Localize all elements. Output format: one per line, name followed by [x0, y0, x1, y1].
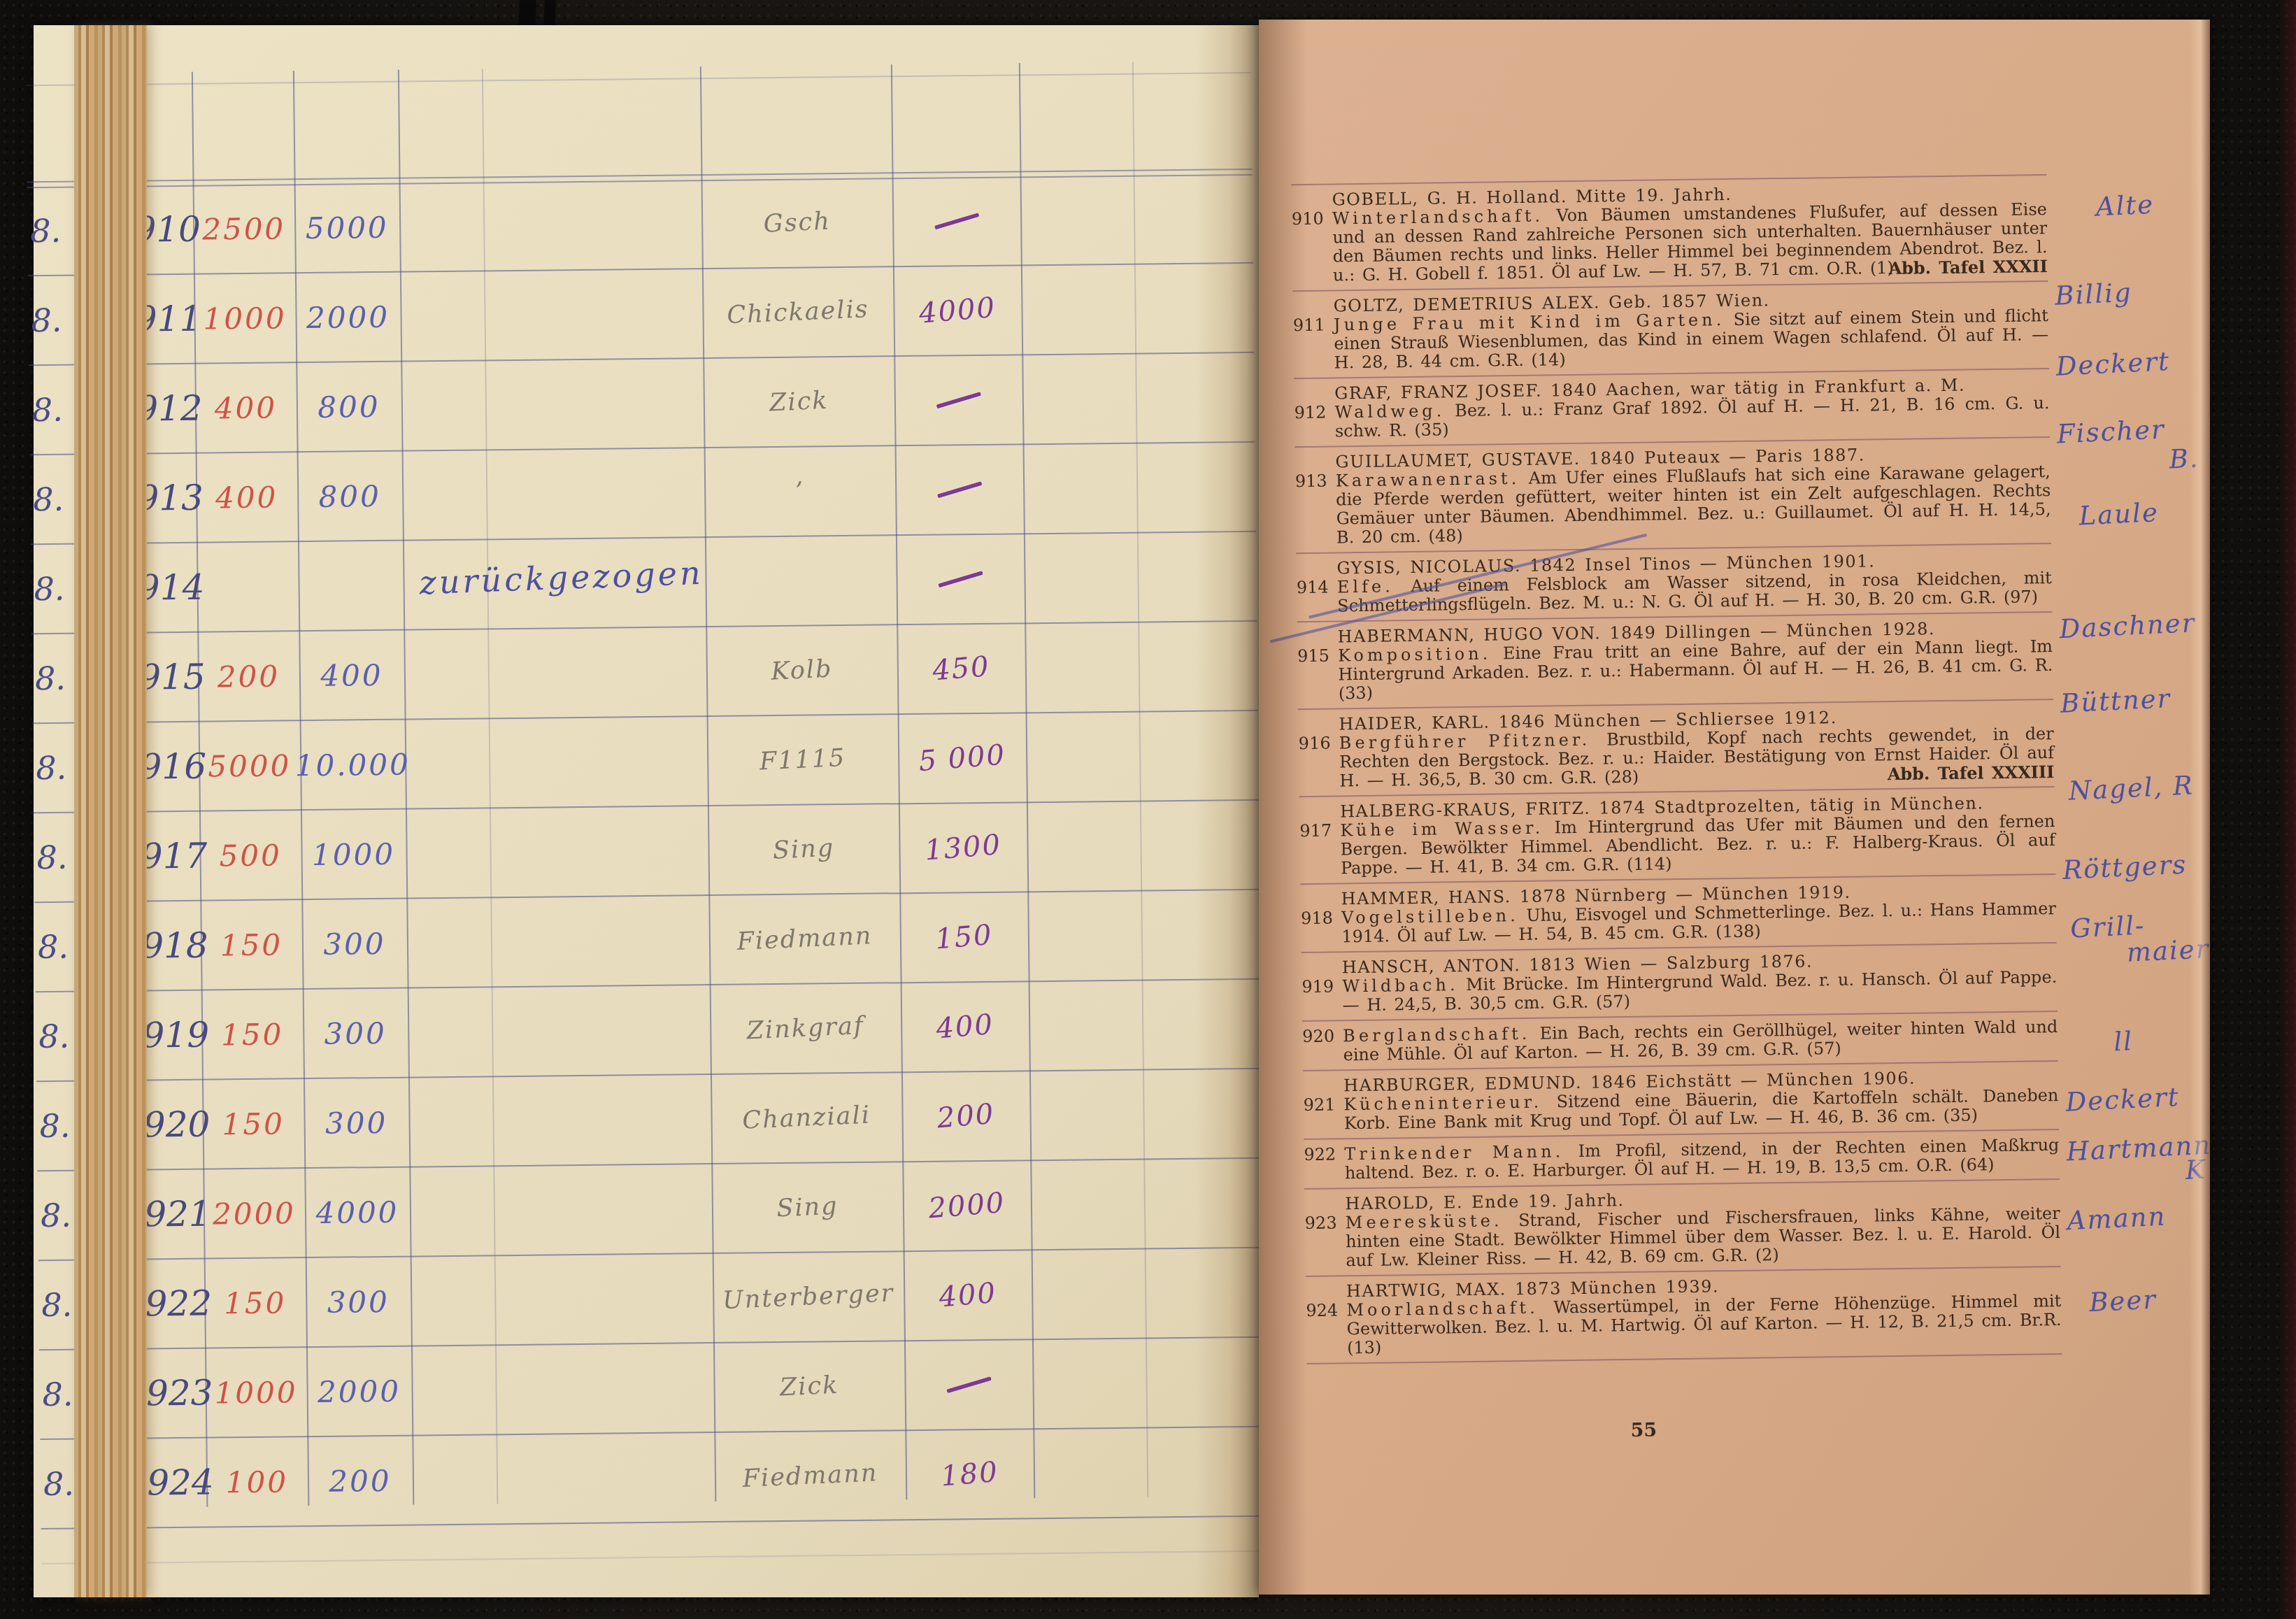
entry-description: 919Wildbach. Mit Brücke. Im Hintergrund …: [1342, 968, 2058, 1015]
withdrawn-note: zurückgezogen: [419, 546, 910, 602]
plate-reference: Abb. Tafel XXXII: [1888, 257, 2048, 278]
ledger-row: 8.9175001000Sing1300: [34, 801, 1260, 903]
limit-price-cell: 100: [206, 1437, 308, 1527]
hammer-price-cell: 5 000: [894, 709, 1029, 807]
buyer-name-cell: Fiedmann: [713, 1427, 907, 1524]
lot-number-cell: 918: [139, 901, 210, 990]
entry-number: 921: [1303, 1096, 1335, 1115]
limit-price-cell: [197, 542, 299, 632]
page-number: 55: [1630, 1420, 1657, 1441]
ledger-book-scan: 8.91025005000Gsch8.91110002000Chickaelis…: [0, 0, 2296, 1619]
entry-description: 924Moorlandschaft. Wassertümpel, in der …: [1346, 1292, 2062, 1357]
limit-price-cell: 150: [200, 900, 302, 990]
ledger-page: 8.91025005000Gsch8.91110002000Chickaelis…: [34, 25, 1259, 1597]
ledger-row: 8.91025005000Gsch: [27, 174, 1253, 276]
ledger-grid: 8.91025005000Gsch8.91110002000Chickaelis…: [25, 19, 1267, 1604]
buyer-name-cell: ’: [703, 443, 897, 540]
buyer-name-cell: Zick: [712, 1338, 906, 1434]
work-title: Meeresküste.: [1346, 1211, 1503, 1232]
buyer-name-cell: Gsch: [699, 175, 894, 271]
margin-annotation: Amann: [2067, 1201, 2167, 1236]
catalog-entry: HARTWIG, MAX. 1873 München 1939.924Moorl…: [1306, 1266, 2062, 1363]
catalog-entry: GOLTZ, DEMETRIUS ALEX. Geb. 1857 Wien.91…: [1292, 280, 2049, 378]
entry-description: 921Kücheninterieur. Sitzend eine Bäuerin…: [1343, 1086, 2059, 1133]
date-cell: 8.: [39, 1082, 79, 1171]
ledger-row: 8.92120004000Sing2000: [37, 1159, 1263, 1261]
hammer-price-cell: 400: [901, 1246, 1036, 1344]
ledger-row: 8.920150300Chanziali200: [36, 1069, 1262, 1171]
entry-number: 922: [1304, 1146, 1336, 1165]
ledger-row: 8.919150300Zinkgraf400: [36, 980, 1262, 1082]
ledger-row: 8.914zurückgezogen: [31, 532, 1257, 634]
work-title: Elfe.: [1337, 576, 1394, 597]
hammer-price-cell: 450: [894, 620, 1029, 718]
catalog-entry: GOBELL, G. H. Holland. Mitte 19. Jahrh.9…: [1291, 174, 2048, 290]
catalog-entries: GOBELL, G. H. Holland. Mitte 19. Jahrh.9…: [1291, 174, 2062, 1364]
date-cell: 8.: [38, 992, 78, 1081]
sold-dash-mark: [946, 1376, 992, 1394]
entry-description: 917Kühe im Wasser. Im Hintergrund das Uf…: [1340, 812, 2055, 878]
entry-description: 920Berglandschaft. Ein Bach, rechts ein …: [1343, 1018, 2058, 1064]
estimate-price-cell: 200: [307, 1436, 413, 1526]
margin-annotation: Fischer: [2056, 414, 2166, 449]
limit-price-cell: 400: [194, 363, 297, 452]
hammer-price-cell: 200: [899, 1067, 1034, 1165]
margin-annotation: Büttner: [2060, 683, 2172, 719]
buyer-name-cell: Zinkgraf: [708, 980, 903, 1077]
estimate-price-cell: [298, 541, 404, 631]
entry-description: 913Karawanenrast. Am Ufer eines Flußlauf…: [1336, 462, 2051, 547]
ledger-row: 8.924100200Fiedmann180: [40, 1427, 1266, 1529]
margin-annotation: Deckert: [2065, 1082, 2181, 1118]
margin-annotation: Daschner: [2059, 608, 2197, 644]
limit-price-cell: 150: [202, 1079, 304, 1169]
date-cell: 8.: [31, 366, 71, 455]
catalog-entry: HAMMER, HANS. 1878 Nürnberg — München 19…: [1300, 873, 2056, 952]
date-cell: 8.: [30, 187, 70, 276]
ledger-row: 8.918150300Fiedmann150: [34, 890, 1260, 992]
ledger-rows: 8.91025005000Gsch8.91110002000Chickaelis…: [27, 174, 1267, 1529]
page-curl-edge: [2189, 20, 2210, 1595]
entry-description: 916Bergführer Pfitzner. Brustbild, Kopf …: [1339, 725, 2055, 790]
entry-description: 918Vogelstilleben. Uhu, Eisvogel und Sch…: [1341, 899, 2057, 946]
rule-line: [26, 72, 1251, 86]
hammer-price-cell: 180: [902, 1425, 1037, 1523]
hammer-price-cell: 400: [897, 978, 1032, 1076]
catalog-content: GOBELL, G. H. Holland. Mitte 19. Jahrh.9…: [1248, 13, 2220, 1601]
catalog-entry: HABERMANN, HUGO VON. 1849 Dillingen — Mü…: [1297, 611, 2053, 708]
ledger-row: 8.915200400Kolb450: [31, 622, 1257, 724]
date-cell: 8.: [33, 455, 73, 544]
hammer-price-cell: [892, 441, 1027, 539]
estimate-price-cell: 300: [304, 1078, 409, 1168]
lot-number-cell: 916: [138, 722, 208, 811]
margin-annotation: Billig: [2054, 278, 2132, 311]
estimate-price-cell: 800: [297, 452, 403, 541]
catalog-page: GOBELL, G. H. Holland. Mitte 19. Jahrh.9…: [1259, 20, 2210, 1595]
plate-reference: Abb. Tafel XXXIII: [1888, 762, 2055, 783]
limit-price-cell: 2000: [203, 1169, 305, 1258]
hammer-price-cell: [901, 1336, 1036, 1434]
date-cell: 8.: [36, 813, 76, 902]
ledger-row: 8.91110002000Chickaelis4000: [28, 264, 1254, 366]
buyer-name-cell: Unterberger: [711, 1248, 906, 1345]
date-cell: 8.: [31, 276, 71, 365]
estimate-price-cell: 10.000: [300, 720, 406, 810]
buyer-name-cell: Chickaelis: [701, 264, 895, 361]
catalog-entry: GRAF, FRANZ JOSEF. 1840 Aachen, war täti…: [1294, 368, 2050, 446]
catalog-entry: GUILLAUMET, GUSTAVE. 1840 Puteaux — Pari…: [1295, 436, 2051, 552]
margin-annotations: AlteBilligDeckertFischerB.LauleDaschnerB…: [1248, 13, 2199, 26]
entry-description: 923Meeresküste. Strand, Fischer und Fisc…: [1346, 1204, 2061, 1270]
page-curl-edge: [1195, 25, 1259, 1597]
buyer-name-cell: Kolb: [704, 622, 899, 719]
buyer-name-cell: Zick: [701, 354, 896, 450]
estimate-price-cell: 300: [303, 989, 408, 1078]
limit-price-cell: 1000: [194, 273, 296, 363]
margin-annotation: Deckert: [2055, 346, 2171, 382]
margin-annotation: Nagel, R: [2068, 770, 2195, 806]
buyer-name-cell: Chanziali: [709, 1069, 904, 1166]
limit-price-cell: 150: [201, 990, 304, 1079]
hammer-price-cell: 2000: [899, 1157, 1034, 1255]
catalog-entry: HALBERG-KRAUS, FRITZ. 1874 Stadtprozelte…: [1299, 786, 2056, 883]
date-cell: 8.: [37, 903, 77, 992]
limit-price-cell: 400: [196, 452, 298, 542]
entry-description: 915Komposition. Eine Frau tritt an eine …: [1338, 637, 2053, 703]
buyer-name-cell: Sing: [706, 801, 901, 898]
estimate-price-cell: 400: [299, 631, 404, 720]
margin-annotation: ll: [2113, 1026, 2134, 1057]
limit-price-cell: 500: [199, 811, 301, 900]
entry-description: 922Trinkender Mann. Im Profil, sitzend, …: [1344, 1136, 2060, 1183]
ledger-row: 8.912400800Zick: [29, 353, 1255, 455]
work-title: Waldweg.: [1334, 401, 1445, 422]
binding-shadow: [1259, 20, 1308, 1595]
entry-description: 910Winterlandschaft. Von Bäumen umstande…: [1332, 200, 2048, 285]
sold-dash-mark: [936, 392, 981, 409]
date-cell: 8.: [34, 545, 73, 634]
ledger-row: 8.916500010.000F11155 000: [33, 711, 1259, 813]
estimate-price-cell: 800: [296, 362, 401, 452]
estimate-price-cell: 5000: [294, 183, 400, 273]
rule-line: [41, 1550, 1267, 1564]
lot-number-cell: 917: [138, 812, 209, 901]
limit-price-cell: 5000: [199, 721, 301, 811]
limit-price-cell: 200: [197, 632, 299, 721]
hammer-price-cell: 1300: [896, 799, 1031, 897]
limit-price-cell: 150: [204, 1258, 306, 1348]
buyer-name-cell: F1115: [706, 712, 900, 808]
hammer-price-cell: [889, 172, 1024, 270]
work-title: Komposition.: [1338, 644, 1492, 666]
estimate-price-cell: 1000: [301, 810, 406, 899]
ledger-row: 8.913400800’: [30, 443, 1256, 545]
limit-price-cell: 2500: [193, 184, 295, 273]
lot-number-cell: 924: [145, 1439, 215, 1527]
sold-dash-mark: [934, 213, 979, 230]
catalog-entry: HARBURGER, EDMUND. 1846 Eichstätt — Münc…: [1303, 1060, 2059, 1139]
date-cell: 8.: [34, 634, 74, 723]
lot-number-cell: 920: [141, 1080, 212, 1169]
margin-annotation: Beer: [2088, 1284, 2158, 1318]
catalog-entry: HANSCH, ANTON. 1813 Wien — Salzburg 1876…: [1302, 942, 2058, 1020]
margin-annotation: Laule: [2078, 497, 2160, 531]
entry-number: 924: [1306, 1301, 1338, 1320]
hammer-price-cell: 4000: [890, 262, 1025, 359]
catalog-entry: HAIDER, KARL. 1846 München — Schliersee …: [1298, 699, 2055, 796]
sold-dash-mark: [938, 571, 983, 588]
lot-number-cell: 915: [136, 633, 207, 722]
ledger-row: 8.92310002000Zick: [39, 1338, 1265, 1440]
lot-number-cell: 923: [144, 1349, 215, 1438]
lot-number-cell: 921: [142, 1170, 213, 1259]
hammer-price-cell: [893, 530, 1028, 628]
estimate-price-cell: 2000: [295, 273, 401, 362]
estimate-price-cell: 2000: [306, 1347, 412, 1436]
margin-annotation: Alte: [2095, 190, 2155, 222]
date-cell: 8.: [36, 724, 76, 813]
buyer-name-cell: Sing: [710, 1159, 904, 1255]
catalog-entry: GYSIS, NICOLAUS. 1842 Insel Tinos — Münc…: [1296, 543, 2052, 621]
buyer-name-cell: Fiedmann: [707, 891, 901, 987]
hammer-price-cell: [891, 351, 1026, 449]
estimate-price-cell: 4000: [304, 1168, 410, 1257]
sold-dash-mark: [936, 481, 982, 499]
estimate-price-cell: 300: [306, 1257, 411, 1347]
catalog-entry: HAROLD, E. Ende 19. Jahrh.923Meeresküste…: [1304, 1178, 2061, 1276]
hammer-price-cell: 150: [897, 888, 1032, 986]
lot-number-cell: 922: [143, 1260, 214, 1348]
lot-number-cell: 919: [141, 991, 211, 1080]
estimate-price-cell: 300: [301, 899, 407, 989]
entry-description: 912Waldweg. Bez. l. u.: Franz Graf 1892.…: [1334, 394, 2050, 441]
limit-price-cell: 1000: [205, 1348, 307, 1437]
margin-annotation: Röttgers: [2062, 849, 2188, 885]
work-title: Wildbach.: [1342, 975, 1459, 996]
entry-number: 923: [1305, 1213, 1337, 1233]
page-stack-edge: [74, 25, 147, 1597]
ledger-row: 8.922150300Unterberger400: [38, 1248, 1264, 1350]
entry-description: 911Junge Frau mit Kind im Garten. Sie si…: [1334, 306, 2049, 372]
entry-description: 914Elfe. Auf einem Felsblock am Wasser s…: [1337, 569, 2053, 615]
